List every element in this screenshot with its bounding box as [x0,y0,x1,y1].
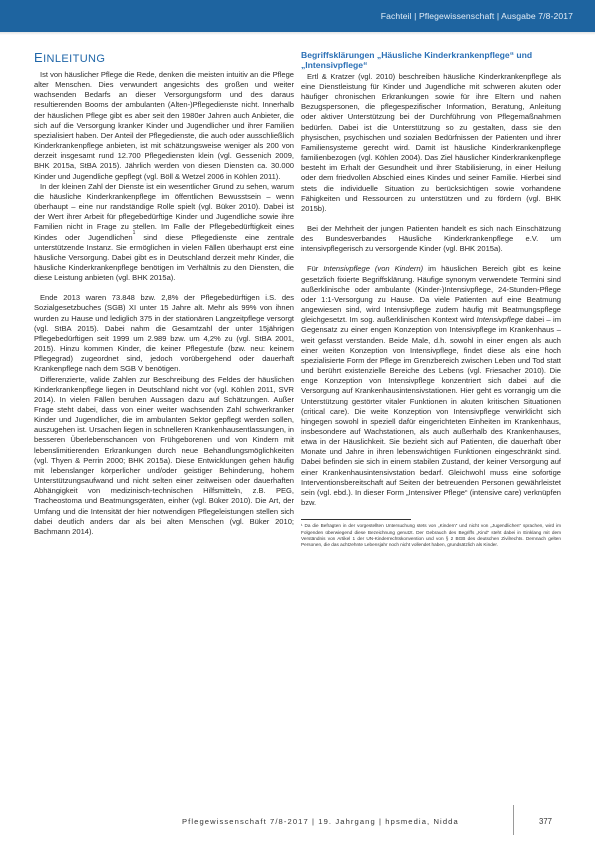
footnote: ¹ Da die Befragten in der vorgestellten … [301,523,561,548]
footer-journal-line: Pflegewissenschaft 7/8-2017 | 19. Jahrga… [182,817,459,826]
footnote-divider [301,519,411,520]
paragraph: Bei der Mehrheit der jungen Patienten ha… [301,224,561,254]
paragraph: Für Intensivpflege (von Kindern) im häus… [301,264,561,508]
paragraph: Ende 2013 waren 73.848 bzw. 2,8% der Pfl… [34,293,294,374]
journal-header-bar: Fachteil | Pflegewissenschaft | Ausgabe … [0,0,595,32]
paragraph: In der kleinen Zahl der Dienste ist ein … [34,182,294,284]
paragraph: Ertl & Kratzer (vgl. 2010) beschreiben h… [301,72,561,214]
page-number: 377 [539,817,552,826]
paragraph: Differenzierte, valide Zahlen zur Beschr… [34,375,294,538]
paragraph: Ist von häuslicher Pflege die Rede, denk… [34,70,294,182]
subheading-begriffsklaerungen: Begriffsklärungen „Häusliche Kinderkrank… [301,50,561,71]
running-title: Fachteil | Pflegewissenschaft | Ausgabe … [381,11,573,21]
footnote-marker: 1 [133,230,136,236]
header-shadow [0,32,595,35]
section-heading-einleitung: EINLEITUNG [34,50,294,67]
footer-divider [513,805,514,835]
left-column: EINLEITUNG Ist von häuslicher Pflege die… [34,50,294,537]
right-column: Begriffsklärungen „Häusliche Kinderkrank… [301,50,561,548]
